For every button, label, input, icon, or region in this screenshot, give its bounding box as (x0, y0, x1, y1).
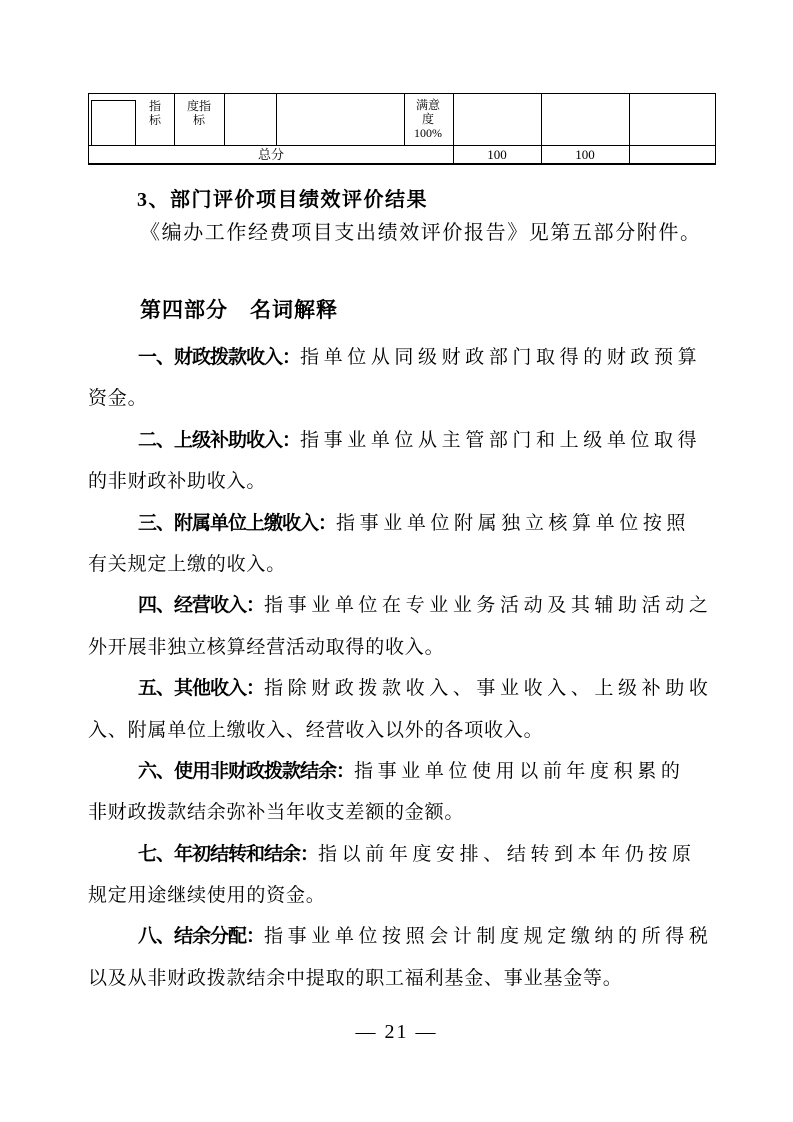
definition-text: 指事业单位从主管部门和上级单位取得 (300, 430, 701, 451)
definition-text: 指事业单位使用以前年度积累的 (354, 761, 684, 782)
definition-item: 四、经营收入：指事业单位在专业业务活动及其辅助活动之 外开展非独立核算经营活动取… (88, 585, 710, 668)
definition-text: 指事业单位按照会计制度规定缴纳的所得税 (264, 926, 712, 947)
definition-item: 五、其他收入：指除财政拨款收入、事业收入、上级补助收 入、附属单位上缴收入、经营… (88, 668, 710, 751)
definition-line: 二、上级补助收入：指事业单位从主管部门和上级单位取得 (88, 420, 710, 461)
definition-term: 七、年初结转和结余： (138, 844, 318, 865)
definition-line: 资金。 (88, 378, 710, 419)
table-gridline (541, 145, 542, 163)
definition-line: 以及从非财政拨款结余中提取的职工福利基金、事业基金等。 (88, 958, 710, 999)
definition-item: 七、年初结转和结余：指以前年度安排、结转到本年仍按原 规定用途继续使用的资金。 (88, 834, 710, 917)
definition-line: 七、年初结转和结余：指以前年度安排、结转到本年仍按原 (88, 834, 710, 875)
table-first-cell-box (91, 100, 136, 145)
definition-line: 八、结余分配：指事业单位按照会计制度规定缴纳的所得税 (88, 916, 710, 957)
definition-item: 三、附属单位上缴收入：指事业单位附属独立核算单位按照 有关规定上缴的收入。 (88, 503, 710, 586)
definition-line: 五、其他收入：指除财政拨款收入、事业收入、上级补助收 (88, 668, 710, 709)
definition-term: 二、上级补助收入： (138, 430, 300, 451)
definition-line: 六、使用非财政拨款结余：指事业单位使用以前年度积累的 (88, 751, 710, 792)
table-total-score-2: 100 (575, 145, 595, 165)
definition-line: 三、附属单位上缴收入：指事业单位附属独立核算单位按照 (88, 503, 710, 544)
part4-heading: 第四部分 名词解释 (140, 294, 338, 324)
table-row-divider (89, 145, 715, 146)
table-gridline (453, 94, 454, 145)
document-page: 指 标 度指 标 满意 度 100% 总分 100 100 3、部门评价项目绩效… (0, 0, 793, 1122)
definition-line: 的非财政补助收入。 (88, 461, 710, 502)
result-note-paragraph: 《编办工作经费项目支出绩效评价报告》见第五部分附件。 (140, 216, 702, 245)
definition-line: 非财政拨款结余弥补当年收支差额的金额。 (88, 792, 710, 833)
definition-term: 八、结余分配： (138, 926, 264, 947)
definition-line: 有关规定上缴的收入。 (88, 544, 710, 585)
definition-item: 一、财政拨款收入：指单位从同级财政部门取得的财政预算 资金。 (88, 337, 710, 420)
definition-line: 入、附属单位上缴收入、经营收入以外的各项收入。 (88, 710, 710, 751)
table-gridline (453, 145, 454, 163)
definition-line: 外开展非独立核算经营活动取得的收入。 (88, 627, 710, 668)
table-cell-indicator: 指 标 (149, 99, 161, 127)
table-gridline (629, 94, 630, 145)
table-gridline (629, 145, 630, 163)
definition-line: 规定用途继续使用的资金。 (88, 875, 710, 916)
table-gridline (174, 94, 175, 145)
definition-term: 一、财政拨款收入： (138, 347, 300, 368)
table-total-score-1: 100 (487, 145, 507, 165)
score-table-fragment: 指 标 度指 标 满意 度 100% 总分 100 100 (88, 93, 716, 165)
table-total-label: 总分 (258, 145, 284, 165)
definition-term: 五、其他收入： (138, 678, 264, 699)
page-number: — 21 — (0, 1021, 793, 1044)
table-gridline (276, 94, 277, 145)
definition-item: 二、上级补助收入：指事业单位从主管部门和上级单位取得 的非财政补助收入。 (88, 420, 710, 503)
definition-text: 指以前年度安排、结转到本年仍按原 (318, 844, 696, 865)
definition-term: 四、经营收入： (138, 595, 264, 616)
definitions-list: 一、财政拨款收入：指单位从同级财政部门取得的财政预算 资金。 二、上级补助收入：… (88, 337, 710, 999)
definition-text: 指除财政拨款收入、事业收入、上级补助收 (264, 678, 712, 699)
table-cell-degree-indicator: 度指 标 (187, 99, 211, 127)
result-section-heading: 3、部门评价项目绩效评价结果 (137, 183, 428, 212)
definition-text: 指事业单位附属独立核算单位按照 (336, 513, 690, 534)
table-gridline (404, 94, 405, 145)
table-gridline (541, 94, 542, 145)
definition-item: 八、结余分配：指事业单位按照会计制度规定缴纳的所得税 以及从非财政拨款结余中提取… (88, 916, 710, 999)
definition-item: 六、使用非财政拨款结余：指事业单位使用以前年度积累的 非财政拨款结余弥补当年收支… (88, 751, 710, 834)
definition-line: 四、经营收入：指事业单位在专业业务活动及其辅助活动之 (88, 585, 710, 626)
definition-term: 三、附属单位上缴收入： (138, 513, 336, 534)
definition-term: 六、使用非财政拨款结余： (138, 761, 354, 782)
table-gridline (224, 94, 225, 145)
table-cell-satisfaction: 满意 度 100% (414, 98, 442, 140)
definition-text: 指事业单位在专业业务活动及其辅助活动之 (264, 595, 712, 616)
definition-text: 指单位从同级财政部门取得的财政预算 (300, 347, 701, 368)
definition-line: 一、财政拨款收入：指单位从同级财政部门取得的财政预算 (88, 337, 710, 378)
